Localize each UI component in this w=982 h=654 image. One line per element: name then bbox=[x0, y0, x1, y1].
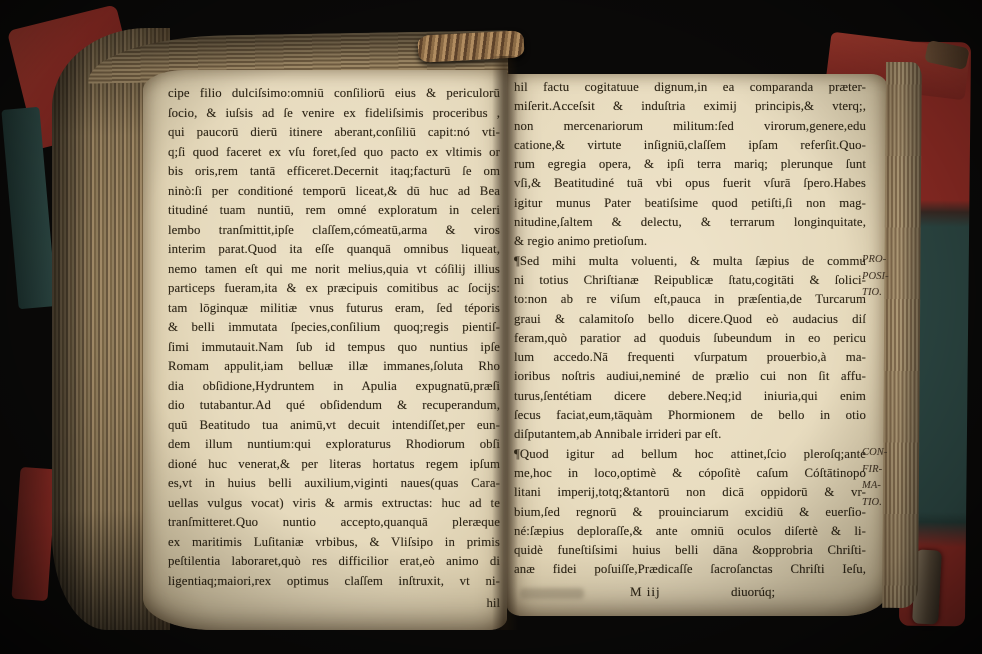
text-line: bis oris,rem tantā efficeret.Decernit it… bbox=[168, 162, 500, 182]
text-line: ligentiaq;maiori,rex optimus claſſem inſ… bbox=[168, 572, 500, 592]
left-page-text-block: cipe filio dulciſsimo:omniū conſiliorū e… bbox=[168, 84, 500, 591]
text-line: diſputantem,ab Annibale irrideri par eſt… bbox=[514, 425, 866, 444]
text-line: ſocio, & iuſsis ad ſe venire ex fideliſs… bbox=[168, 104, 500, 124]
right-page-catchword: diuorúq; bbox=[731, 582, 775, 602]
text-line: rum egregia opera, & ipſi terra mariq; p… bbox=[514, 155, 866, 174]
text-line: lembo tranſmittit,ipſe claſſem,cómeatū,a… bbox=[168, 221, 500, 241]
text-line: ninò:ſi per conditioné temporū liceat,& … bbox=[168, 182, 500, 202]
text-line: catione,& virtute inſigniū,claſſem ipſam… bbox=[514, 136, 866, 155]
text-line: quū Beatitudo tua animū,vt decuit intend… bbox=[168, 416, 500, 436]
text-line: lum accedo.Nā frequenti vſurpatum prouer… bbox=[514, 348, 866, 367]
text-line: hil factu cogitatuue dignum,in ea compar… bbox=[514, 78, 866, 97]
text-line: q;ſi quod faceret ex vſu foret,ſed quo p… bbox=[168, 143, 500, 163]
ink-bleed-smudge bbox=[520, 588, 584, 599]
text-line: né:ſæpius deploraſſe,& ante omniū oculos… bbox=[514, 522, 866, 541]
text-line: vſi,& Beatitudiné tuā vbi opus fuerit vſ… bbox=[514, 174, 866, 193]
text-line: me,hoc in loco,optimè & cópoſitè caſum C… bbox=[514, 464, 866, 483]
text-line: ex maritimis Luſitaniæ vrbibus, & Vliſsi… bbox=[168, 533, 500, 553]
margin-note-propositio: PRO-POSI-TIO. bbox=[862, 252, 908, 302]
cover-corner-bottom-left-red bbox=[11, 467, 56, 601]
text-line: TIO. bbox=[862, 495, 908, 512]
text-line: dia obſidione,Hydruntem in Apulia expugn… bbox=[168, 377, 500, 397]
text-line: particeps fueram,ita & ex præcipuis comi… bbox=[168, 279, 500, 299]
text-line: TIO. bbox=[862, 285, 908, 302]
text-line: ¶Quod igitur ad bellum hoc attinet,ſcio … bbox=[514, 445, 866, 464]
text-line: ſecus faciat,eum,tāquàm Phormionem de be… bbox=[514, 406, 866, 425]
text-line: nemo tamen eſt qui me norit melius,quia … bbox=[168, 260, 500, 280]
text-line: ioribus noſtris audiui,neminé de prælio … bbox=[514, 367, 866, 386]
text-line: ni totius Chriſtianæ Reipublicæ ſtatu,co… bbox=[514, 271, 866, 290]
text-line: tam lōginquæ militiæ vnus futurus eram, … bbox=[168, 299, 500, 319]
text-line: tranſmitteret.Quo nuntio accepto,quanquā… bbox=[168, 513, 500, 533]
text-line: CON- bbox=[862, 445, 908, 462]
text-line: FIR- bbox=[862, 462, 908, 479]
text-line: PRO- bbox=[862, 252, 908, 269]
margin-note-confirmatio: CON-FIR-MA-TIO. bbox=[862, 445, 908, 511]
text-line: titudiné tuam nuntiū, rem omné exploratu… bbox=[168, 201, 500, 221]
text-line: non mercenariorum militum:ſed virorum,ge… bbox=[514, 117, 866, 136]
text-line: to:non ab re viſum eſt,pauca in præſenti… bbox=[514, 290, 866, 309]
text-line: anæ fidei poſuiſſe,Prædicaſſe ſacroſanct… bbox=[514, 560, 866, 579]
right-page-text-block: hil factu cogitatuue dignum,in ea compar… bbox=[514, 78, 866, 580]
text-line: ſimi immutauit.Nam ſub id tempus quo nun… bbox=[168, 338, 500, 358]
text-line: Romam appulit,iam belluæ illæ immanes,ſo… bbox=[168, 357, 500, 377]
text-line: quidè funeſtiſsimi huius belli dāna &opp… bbox=[514, 541, 866, 560]
signature-mark: M iij bbox=[630, 582, 661, 602]
text-line: & regio animo pretioſum. bbox=[514, 232, 866, 251]
text-line: feram,quò paratior ad quoduis ſubeundum … bbox=[514, 329, 866, 348]
text-line: graui & calamitoſo bello dicere.Quod eò … bbox=[514, 310, 866, 329]
text-line: ¶Sed mihi multa voluenti, & multa ſæpius… bbox=[514, 252, 866, 271]
text-line: cipe filio dulciſsimo:omniū conſiliorū e… bbox=[168, 84, 500, 104]
text-line: nitudine,ſaltem & delectu, & terrarum lo… bbox=[514, 213, 866, 232]
text-line: MA- bbox=[862, 478, 908, 495]
text-line: qui paucorū dierū itinere aberant,conſil… bbox=[168, 123, 500, 143]
text-line: miſerit.Acceſsit & induſtria eximij prin… bbox=[514, 97, 866, 116]
text-line: igitur munus Pater beatiſsime quod petiſ… bbox=[514, 194, 866, 213]
text-line: bium,ſed regnorū & prouinciarum excidiū … bbox=[514, 503, 866, 522]
left-page-catchword: hil bbox=[168, 593, 500, 613]
text-line: peſtilentia laboraret,quò res difficilio… bbox=[168, 552, 500, 572]
text-line: turus,ſentétiam dicere debere.Neq;id ini… bbox=[514, 387, 866, 406]
text-line: dioné huc venerat,& per literas hortatus… bbox=[168, 455, 500, 475]
fore-edge-right bbox=[882, 62, 922, 608]
text-line: dio tutabantur.Ad qué obſidendum & recup… bbox=[168, 396, 500, 416]
text-line: interim parat.Quod ita eſſe quanquā omni… bbox=[168, 240, 500, 260]
text-line: POSI- bbox=[862, 269, 908, 286]
text-line: uellas vulgus vocat) viris & armis extru… bbox=[168, 494, 500, 514]
text-line: litani imperij,totq;&tantorū non dicā op… bbox=[514, 483, 866, 502]
text-line: & belli immutata ſpecies,conſilium quoq;… bbox=[168, 318, 500, 338]
book-photograph: cipe filio dulciſsimo:omniū conſiliorū e… bbox=[0, 0, 982, 654]
text-line: dem illum nuntium:qui exploraturus Rhodi… bbox=[168, 435, 500, 455]
text-line: es,vt in huius belli auxilium,viginti na… bbox=[168, 474, 500, 494]
